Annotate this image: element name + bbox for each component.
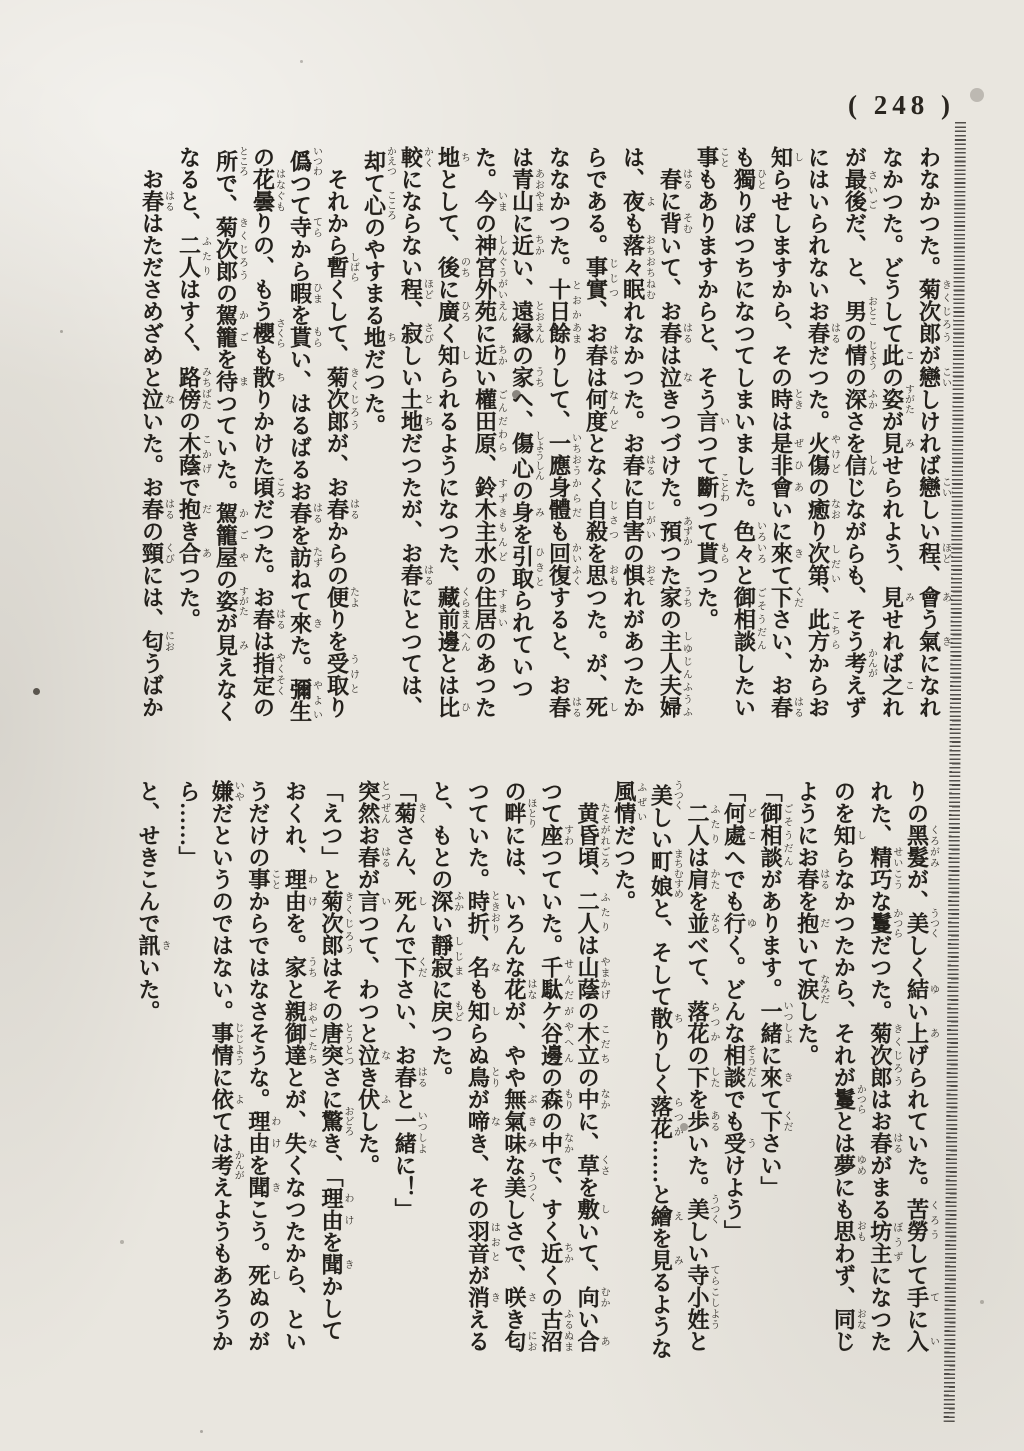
text-column: 突然とつぜんお春はるが言いつて、わつと泣なき伏ふした。 [353,780,390,1436]
text-column: 地ちとして、後のちに廣ひろく知しられるようになつた、藏前邊くらまえへんとは比ひ [432,146,469,770]
scan-speckle [33,688,40,695]
text-column: 「えつ」と菊次郎きくじろうはその唐突とうとつさに驚おどろき、「理由わけを聞きかし… [316,780,353,1436]
text-column: の花曇はなぐもりの、もう櫻さくらも散ちりかけた頃ころだつた。お春はるは指定やくそ… [247,146,284,770]
text-column: それから暫しばらくして、菊次郎きくじろうが、お春はるからの便たよりを受取うけとり [321,146,358,770]
text-column: が最後さいごだ、と、男おとこの情じようの深ふかさを信しんじながらも、そう考かんが… [839,146,876,770]
text-column: 黄昏頃たそがれごろ、二人ふたりは山蔭やまかげの木立こだちの中なかに、草くさを敷し… [572,780,609,1436]
text-column: うだけの事ことからではなさそうな。理由わけを聞きこう。死しぬのが [243,780,280,1436]
text-column: わなかつた。菊次郎きくじろうが戀こいしければ戀こいしい程ほど、會あう氣きになれ [913,146,950,770]
text-column: 較かくにならない程ほど、寂さびしい土地とちだつたが、お春はるにとつては、 [395,146,432,770]
text-column: は、夜よも落々おちおち眠ねむれなかつた。お春はるに自害じがいの惧おそれがあつたか [617,146,654,770]
text-column: れた、精巧せいこうな鬘かつらだつた。菊次郎きくじろうはお春はるがまる坊主ぼうずに… [865,780,902,1436]
text-column: 所ところで、菊次郎きくじろうの駕籠かごを待まつていた。駕籠屋かごやの姿すがたが見… [210,146,247,770]
text-column: 知しらせしますから、その時ときは是非ぜひ會あいに來きて下ください、お春はる [765,146,802,770]
scan-speckle [980,1300,984,1304]
scanned-book-page: ( 248 ) わなかつた。菊次郎きくじろうが戀こいしければ戀こいしい程ほど、會… [0,0,1024,1451]
text-column: つていた。時折ときおり、名なも知しらぬ鳥とりが啼なき、その羽音はおとが消きえる [462,780,499,1436]
text-column: つて座すわつていた。千駄ケ谷邊せんだがやへんの森もりの中なかで、すく近ちかくの古… [535,780,572,1436]
text-column: た。今いまの神宮外苑しんぐうがいえんに近ちかい權田原ごんだわら、鈴木主水すずきも… [469,146,506,770]
text-column: にはいられないお春はるだつた。火傷やけどの癒なおり次第しだい、此方こちらからお [802,146,839,770]
text-column: 嫌いやだというのではない。事情じじように依よては考かんがえようもあろうか [206,780,243,1436]
text-column: なかつた。どうして此この姿すがたが見みせられよう、見みせれば之これ [876,146,913,770]
text-column: なると、二人ふたりはすく、路傍みちばたの木蔭こかげで抱だき合あつた。 [173,146,210,770]
text-column: りの黑髮くろがみが、美うつくしく結ゆい上あげられていた。苦勞くろうして手てに入い [901,780,938,1436]
scan-speckle [200,1430,203,1433]
text-column: ななかつた。十日とおか餘あまりして、一應いちおう身體からだも回復かいふくすると、… [543,146,580,770]
top-text-block: わなかつた。菊次郎きくじろうが戀こいしければ戀こいしい程ほど、會あう氣きになれな… [136,146,950,770]
text-column: 二人ふたりは肩かたを並ならべて、落花らつかの下したを歩あるいた。美うつくしい寺小… [682,780,719,1436]
text-column: の畔ほとりには、いろんな花はなが、やや無氣味ぶきみな美うつくしさで、咲さき匂にお [499,780,536,1436]
text-column: と、もとの深ふかい靜寂しじまに戻もどつた。 [426,780,463,1436]
scan-speckle [970,88,984,102]
text-column: 「何處どこへでも行ゆく。どんな相談そうだんでも受うけよう」 [718,780,755,1436]
page-number: ( 248 ) [848,90,978,121]
text-column: 美うつくしい町娘まちむすめと、そして散ちりしく落花らつか……と繪えを見みるような [645,780,682,1436]
scan-speckle [680,1123,688,1131]
text-column: 僞いつわつて寺てらから暇ひまを貰もらい、はるばるお春はるを訪たずねて來きた。彌生… [284,146,321,770]
bottom-text-block: りの黑髮くろがみが、美うつくしく結ゆい上あげられていた。苦勞くろうして手てに入い… [133,780,938,1436]
scan-speckle [60,330,63,333]
text-column: も獨ひとりぽつちになつてしまいました。色々いろいろと御相談ごそうだんしたい [728,146,765,770]
text-column: 風情ふぜいだつた。 [609,780,646,1436]
text-column: のを知しらなかつたから、それが鬘かつらとは夢ゆめにも思おもわず、同おなじ [828,780,865,1436]
text-column: 却かえつて心こころのやすまる地ちだつた。 [358,146,395,770]
text-column: お春はるはたださめざめと泣ないた。お春はるの頸くびには、匂におうばか [136,146,173,770]
text-column: らである。事實じじつ、お春はるは何度なんどとなく自殺じさつを思おもつた。が、死し [580,146,617,770]
scan-speckle [512,390,521,399]
text-column: おくれ、理由わけを。家うちと親御達おやごたちとが、失なくなつたから、とい [279,780,316,1436]
text-column: 春はるに背そむいて、お春はるは泣なきつづけた。預あずかつた家うちの主人夫婦しゆじ… [654,146,691,770]
scan-speckle [120,1240,124,1244]
scan-speckle [300,60,303,63]
text-column: 事こともありますからと、そう言いつて斷ことわつて貰もらつた。 [691,146,728,770]
text-column: 「御相談ごそうだんがあります。一緒いつしよに來きて下ください」 [755,780,792,1436]
text-column: と、せきこんで訊きいた。 [133,780,170,1436]
text-column: 「菊きくさん、死しんで下ください、お春はると一緒いつしよに！」 [389,780,426,1436]
text-column: ようにお春はるを抱だいて涙なみだした。 [792,780,829,1436]
text-column: ら……」 [170,780,207,1436]
text-column: は青山あおやまに近ちかい、遠縁とおえんの家うちへ、傷心しようしんの身みを引取ひき… [506,146,543,770]
scan-speckle [890,640,894,644]
